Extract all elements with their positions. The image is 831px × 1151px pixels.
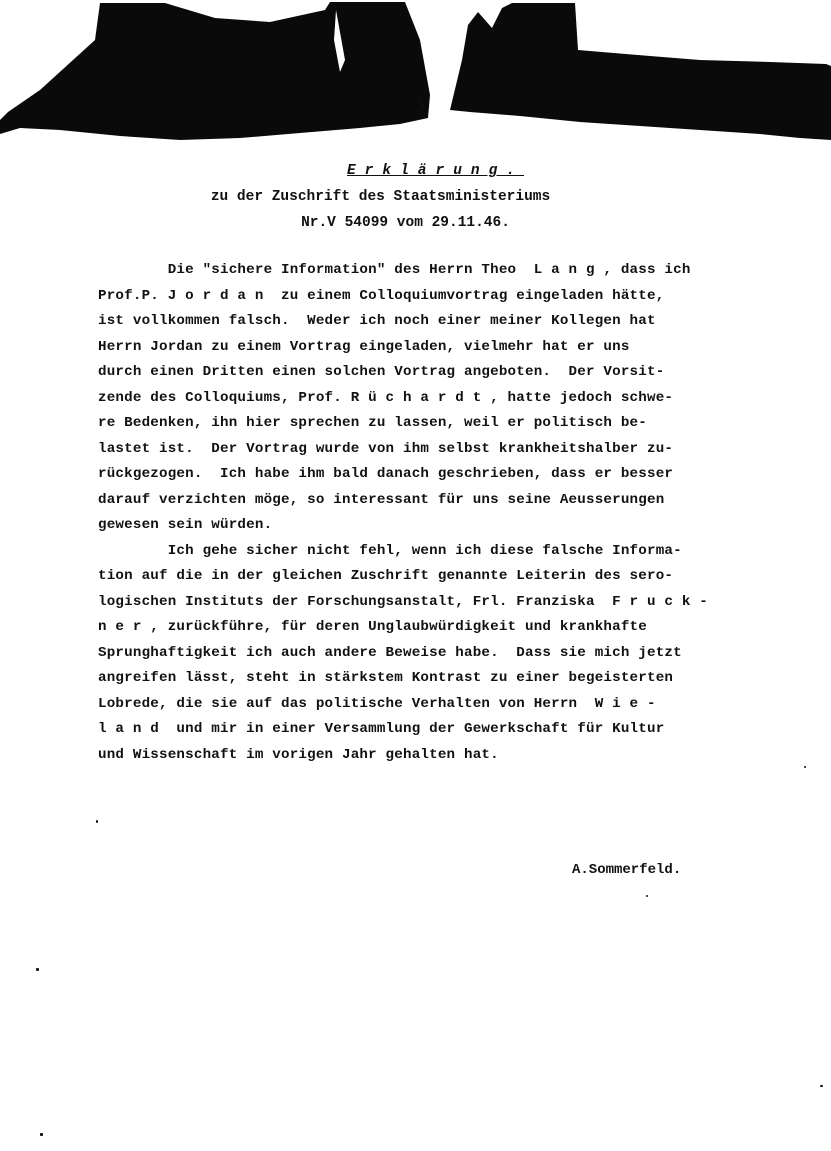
text-line: zende des Colloquiums, Prof. R ü c h a r… <box>98 386 803 412</box>
text-line: Prof.P. J o r d a n zu einem Colloquiumv… <box>98 284 803 310</box>
text-line: darauf verzichten möge, so interessant f… <box>98 488 803 514</box>
text-line: Ich gehe sicher nicht fehl, wenn ich die… <box>98 539 803 565</box>
text-line: re Bedenken, ihn hier sprechen zu lassen… <box>98 411 803 437</box>
text-line: Lobrede, die sie auf das politische Verh… <box>98 692 803 718</box>
scan-speck <box>40 1133 43 1136</box>
text-line: gewesen sein würden. <box>98 513 803 539</box>
text-line: lastet ist. Der Vortrag wurde von ihm se… <box>98 437 803 463</box>
text-line: ist vollkommen falsch. Weder ich noch ei… <box>98 309 803 335</box>
paragraph-1: Die "sichere Information" des Herrn Theo… <box>98 258 803 539</box>
document-heading: Erklärung. <box>40 158 831 184</box>
document-title-block: Erklärung. zu der Zuschrift des Staatsmi… <box>0 158 831 236</box>
text-line: Die "sichere Information" des Herrn Theo… <box>98 258 803 284</box>
text-line: l a n d und mir in einer Versammlung der… <box>98 717 803 743</box>
text-line: n e r , zurückführe, für deren Unglaubwü… <box>98 615 803 641</box>
scan-speck <box>646 895 648 897</box>
document-body: Die "sichere Information" des Herrn Theo… <box>98 258 803 768</box>
text-line: rückgezogen. Ich habe ihm bald danach ge… <box>98 462 803 488</box>
torn-paper-edge <box>0 0 831 140</box>
document-subheading-line-2: Nr.V 54099 vom 29.11.46. <box>0 210 831 236</box>
scan-speck <box>36 968 39 971</box>
scan-speck <box>96 820 98 823</box>
document-subheading-line-1: zu der Zuschrift des Staatsministeriums <box>0 184 831 210</box>
text-line: tion auf die in der gleichen Zuschrift g… <box>98 564 803 590</box>
text-line: Sprunghaftigkeit ich auch andere Beweise… <box>98 641 803 667</box>
text-line: logischen Instituts der Forschungsanstal… <box>98 590 803 616</box>
signature: A.Sommerfeld. <box>572 862 681 878</box>
paragraph-2: Ich gehe sicher nicht fehl, wenn ich die… <box>98 539 803 769</box>
text-line: durch einen Dritten einen solchen Vortra… <box>98 360 803 386</box>
text-line: und Wissenschaft im vorigen Jahr gehalte… <box>98 743 803 769</box>
text-line: angreifen lässt, steht in stärkstem Kont… <box>98 666 803 692</box>
scan-speck <box>820 1085 823 1087</box>
text-line: Herrn Jordan zu einem Vortrag eingeladen… <box>98 335 803 361</box>
scan-speck <box>804 766 806 768</box>
